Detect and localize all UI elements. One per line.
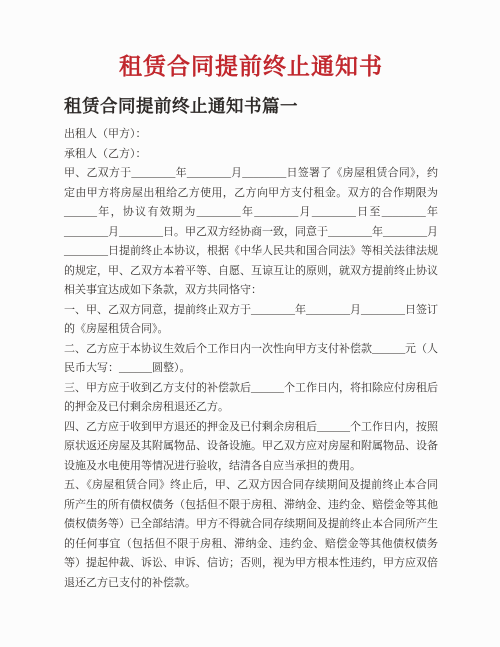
document-page: 租赁合同提前终止通知书 租赁合同提前终止通知书篇一 出租人（甲方）：承租人（乙方… bbox=[0, 0, 500, 647]
paragraph: 四、乙方应于收到甲方退还的押金及已付剩余房租后______个工作日内，按照原状返… bbox=[64, 418, 438, 477]
document-title: 租赁合同提前终止通知书 bbox=[64, 54, 438, 80]
paragraph: 甲、乙双方于________年________月________日签署了《房屋租… bbox=[64, 164, 438, 301]
paragraph: 承租人（乙方）： bbox=[64, 145, 438, 165]
paragraph: 三、甲方应于收到乙方支付的补偿款后______个工作日内，将扣除应付房租后的押金… bbox=[64, 379, 438, 418]
document-body: 出租人（甲方）：承租人（乙方）：甲、乙双方于________年________月… bbox=[64, 125, 438, 593]
section-heading: 租赁合同提前终止通知书篇一 bbox=[64, 96, 438, 117]
paragraph: 出租人（甲方）： bbox=[64, 125, 438, 145]
paragraph: 五、《房屋租赁合同》终止后，甲、乙双方因合同存续期间及提前终止本合同所产生的所有… bbox=[64, 476, 438, 593]
paragraph: 一、甲、乙双方同意，提前终止双方于________年________月_____… bbox=[64, 301, 438, 340]
paragraph: 二、乙方应于本协议生效后个工作日内一次性向甲方支付补偿款______元（人民币大… bbox=[64, 340, 438, 379]
